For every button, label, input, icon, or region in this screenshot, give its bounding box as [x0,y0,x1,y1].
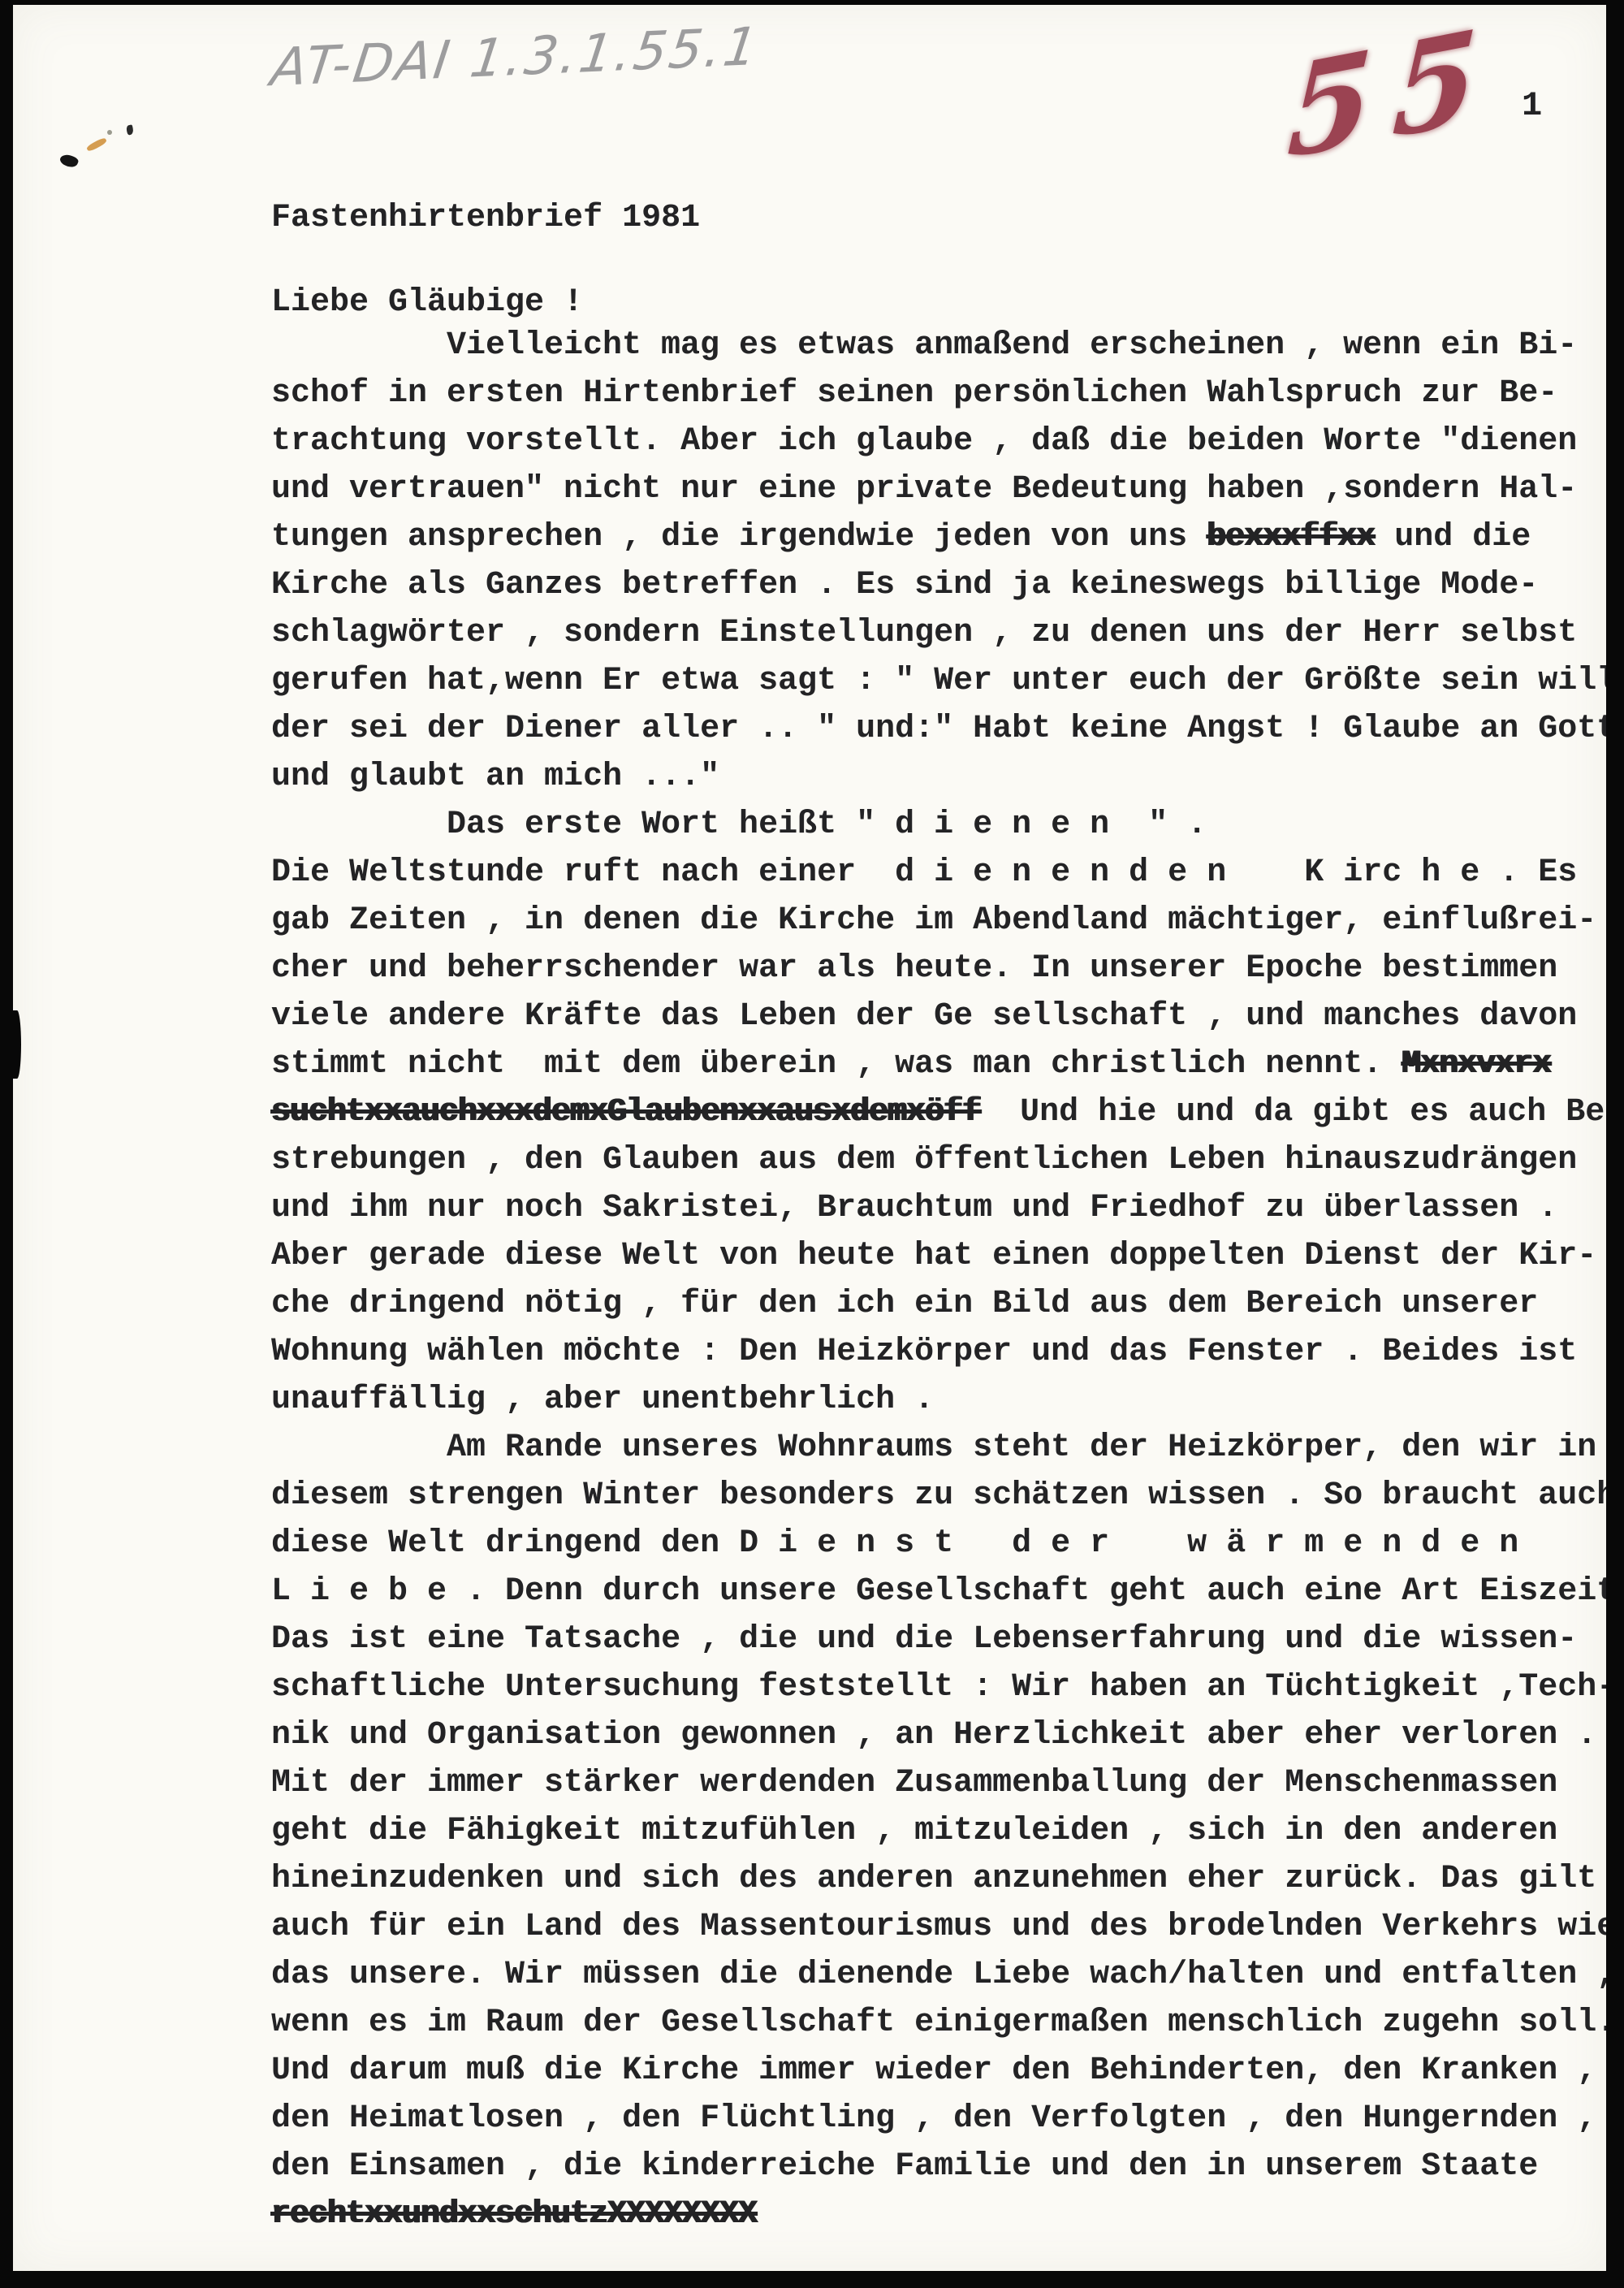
typed-text: schaftliche Untersuchung feststellt : Wi… [271,1669,1606,1706]
typed-text: cher und beherrschender war als heute. I… [271,950,1557,987]
text-line: und glaubt an mich ..." [271,753,1603,801]
text-line: gerufen hat,wenn Er etwa sagt : " Wer un… [271,657,1603,705]
typed-text: Das erste Wort heißt " d i e n e n " . [447,807,1207,843]
typed-text: Am Rande unseres Wohnraums steht der Hei… [447,1429,1596,1466]
typed-text: auch für ein Land des Massentourismus un… [271,1909,1606,1945]
text-line: Mit der immer stärker werdenden Zusammen… [271,1759,1603,1807]
text-line: geht die Fähigkeit mitzufühlen , mitzule… [271,1807,1603,1855]
typed-text: gab Zeiten , in denen die Kirche im Aben… [271,902,1596,939]
scan-background: AT-DAI 1.3.1.55.1 55 1 Fastenhirtenbrief… [0,0,1624,2288]
typed-text: gerufen hat,wenn Er etwa sagt : " Wer un… [271,663,1606,699]
text-line: diesem strengen Winter besonders zu schä… [271,1472,1603,1520]
typed-text: hineinzudenken und sich des anderen anzu… [271,1861,1596,1897]
text-line: unauffällig , aber unentbehrlich . [271,1376,1603,1424]
typed-text: Vielleicht mag es etwas anmaßend erschei… [447,327,1577,364]
typed-text: che dringend nötig , für den ich ein Bil… [271,1286,1538,1322]
typed-text: schlagwörter , sondern Einstellungen , z… [271,615,1577,651]
typed-text: stimmt nicht mit dem überein , was man c… [271,1046,1402,1083]
typed-text: wenn es im Raum der Gesellschaft einiger… [271,2005,1606,2041]
typed-text: den Heimatlosen , den Flüchtling , den V… [271,2100,1596,2137]
typed-text: trachtung vorstellt. Aber ich glaube , d… [271,423,1577,460]
struck-text: Mxnxvxrx [1402,1046,1551,1083]
typed-text: der sei der Diener aller .. " und:" Habt… [271,711,1606,747]
typed-text: tungen ansprechen , die irgendwie jeden … [271,519,1207,556]
text-line: Wohnung wählen möchte : Den Heizkörper u… [271,1328,1603,1376]
text-line: Das erste Wort heißt " d i e n e n " . [271,801,1603,849]
text-line: cher und beherrschender war als heute. I… [271,945,1603,993]
text-line: trachtung vorstellt. Aber ich glaube , d… [271,417,1603,465]
typed-text: diese Welt dringend den D i e n s t d e … [271,1525,1518,1562]
text-line: stimmt nicht mit dem überein , was man c… [271,1040,1603,1088]
text-line: schof in ersten Hirtenbrief seinen persö… [271,370,1603,417]
text-line: der sei der Diener aller .. " und:" Habt… [271,705,1603,753]
ink-speck [58,152,80,170]
document-page: AT-DAI 1.3.1.55.1 55 1 Fastenhirtenbrief… [13,5,1606,2271]
text-line: viele andere Kräfte das Leben der Ge sel… [271,993,1603,1040]
struck-text: rechtxxundxxschutzXXXXXXXX [271,2196,757,2233]
typed-text: und die [1375,519,1531,556]
text-line: suchtxxauchxxxdemxGlaubenxxausxdemxöff U… [271,1088,1603,1136]
typed-text: und ihm nur noch Sakristei, Brauchtum un… [271,1190,1557,1226]
typed-text: geht die Fähigkeit mitzufühlen , mitzule… [271,1813,1557,1849]
text-line: Am Rande unseres Wohnraums steht der Hei… [271,1424,1603,1472]
struck-text: bexxxffxx [1207,519,1375,556]
text-line: schlagwörter , sondern Einstellungen , z… [271,609,1603,657]
typed-text: strebungen , den Glauben aus dem öffentl… [271,1142,1577,1179]
text-line: den Heimatlosen , den Flüchtling , den V… [271,2095,1603,2143]
text-line: auch für ein Land des Massentourismus un… [271,1903,1603,1951]
typed-text: Das ist eine Tatsache , die und die Lebe… [271,1621,1577,1658]
text-line: Kirche als Ganzes betreffen . Es sind ja… [271,561,1603,609]
typed-text: Und hie und da gibt es auch Be- [981,1094,1606,1131]
typed-text: Aber gerade diese Welt von heute hat ein… [271,1238,1596,1274]
text-line: hineinzudenken und sich des anderen anzu… [271,1855,1603,1903]
typed-text: den Einsamen , die kinderreiche Familie … [271,2148,1538,2185]
text-line: che dringend nötig , für den ich ein Bil… [271,1280,1603,1328]
text-line: und vertrauen" nicht nur eine private Be… [271,465,1603,513]
text-line: rechtxxundxxschutzXXXXXXXX [271,2191,1603,2238]
typed-text: und vertrauen" nicht nur eine private Be… [271,471,1577,508]
ink-speck [126,124,134,135]
text-line: nik und Organisation gewonnen , an Herzl… [271,1711,1603,1759]
scan-edge-artifact [13,1010,21,1079]
struck-text: suchtxxauchxxxdemxGlaubenxxausxdemxöff [271,1094,981,1131]
paper-speck [107,130,112,135]
typed-text: viele andere Kräfte das Leben der Ge sel… [271,998,1577,1035]
typed-text: Mit der immer stärker werdenden Zusammen… [271,1765,1557,1801]
typed-lines: Vielleicht mag es etwas anmaßend erschei… [271,322,1603,2238]
typed-text: und glaubt an mich ..." [271,759,719,795]
text-line: den Einsamen , die kinderreiche Familie … [271,2143,1603,2191]
text-line: schaftliche Untersuchung feststellt : Wi… [271,1663,1603,1711]
salutation: Liebe Gläubige ! [271,284,583,321]
text-line: Die Weltstunde ruft nach einer d i e n e… [271,849,1603,897]
text-line: Aber gerade diese Welt von heute hat ein… [271,1232,1603,1280]
typed-text: L i e b e . Denn durch unsere Gesellscha… [271,1573,1606,1610]
typed-text: schof in ersten Hirtenbrief seinen persö… [271,375,1557,412]
text-line: das unsere. Wir müssen die dienende Lieb… [271,1951,1603,1999]
text-line: strebungen , den Glauben aus dem öffentl… [271,1136,1603,1184]
red-crayon-number: 55 [1285,5,1502,188]
typed-text: Die Weltstunde ruft nach einer d i e n e… [271,854,1577,891]
text-line: Das ist eine Tatsache , die und die Lebe… [271,1615,1603,1663]
paper-speck [86,136,108,152]
text-line: tungen ansprechen , die irgendwie jeden … [271,513,1603,561]
text-line: und ihm nur noch Sakristei, Brauchtum un… [271,1184,1603,1232]
document-title: Fastenhirtenbrief 1981 [271,200,700,236]
text-line: Vielleicht mag es etwas anmaßend erschei… [271,322,1603,370]
typed-text: Wohnung wählen möchte : Den Heizkörper u… [271,1334,1577,1370]
text-line: L i e b e . Denn durch unsere Gesellscha… [271,1568,1603,1615]
typed-text: Und darum muß die Kirche immer wieder de… [271,2052,1596,2089]
typed-text: unauffällig , aber unentbehrlich . [271,1382,934,1418]
typed-text: diesem strengen Winter besonders zu schä… [271,1477,1606,1514]
text-line: gab Zeiten , in denen die Kirche im Aben… [271,897,1603,945]
typed-text: nik und Organisation gewonnen , an Herzl… [271,1717,1596,1754]
text-line: Und darum muß die Kirche immer wieder de… [271,2047,1603,2095]
typed-text: Kirche als Ganzes betreffen . Es sind ja… [271,567,1538,603]
archival-reference-annotation: AT-DAI 1.3.1.55.1 [267,17,762,99]
typed-text: das unsere. Wir müssen die dienende Lieb… [271,1957,1606,1993]
page-number: 1 [1522,86,1542,125]
text-line: wenn es im Raum der Gesellschaft einiger… [271,1999,1603,2047]
text-line: diese Welt dringend den D i e n s t d e … [271,1520,1603,1568]
